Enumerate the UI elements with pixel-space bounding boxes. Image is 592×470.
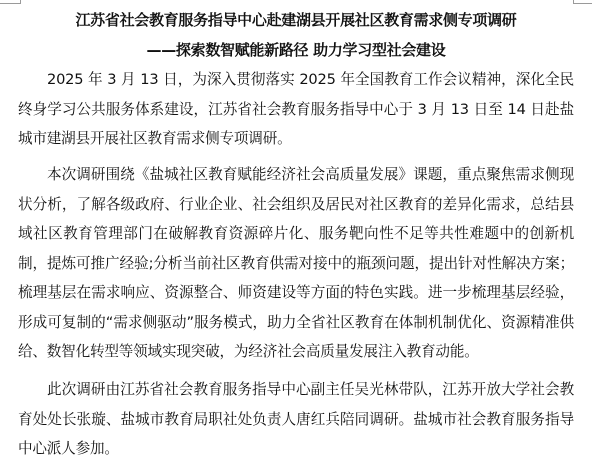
document-title: 江苏省社会教育服务指导中心赴建湖县开展社区教育需求侧专项调研 [18, 10, 574, 30]
paragraph-intro: 2025 年 3 月 13 日，为深入贯彻落实 2025 年全国教育工作会议精神… [18, 65, 574, 154]
paragraph-research-focus: 本次调研围绕《盐城社区教育赋能经济社会高质量发展》课题，重点聚焦需求侧现状分析，… [18, 160, 574, 367]
document-subtitle: ——探索数智赋能新路径 助力学习型社会建设 [18, 40, 574, 60]
paragraph-participants: 此次调研由江苏省社会教育服务指导中心副主任吴光林带队，江苏开放大学社会教育处处长… [18, 375, 574, 464]
page-corner-mark-left [0, 0, 21, 4]
page-corner-mark-right [573, 0, 592, 4]
